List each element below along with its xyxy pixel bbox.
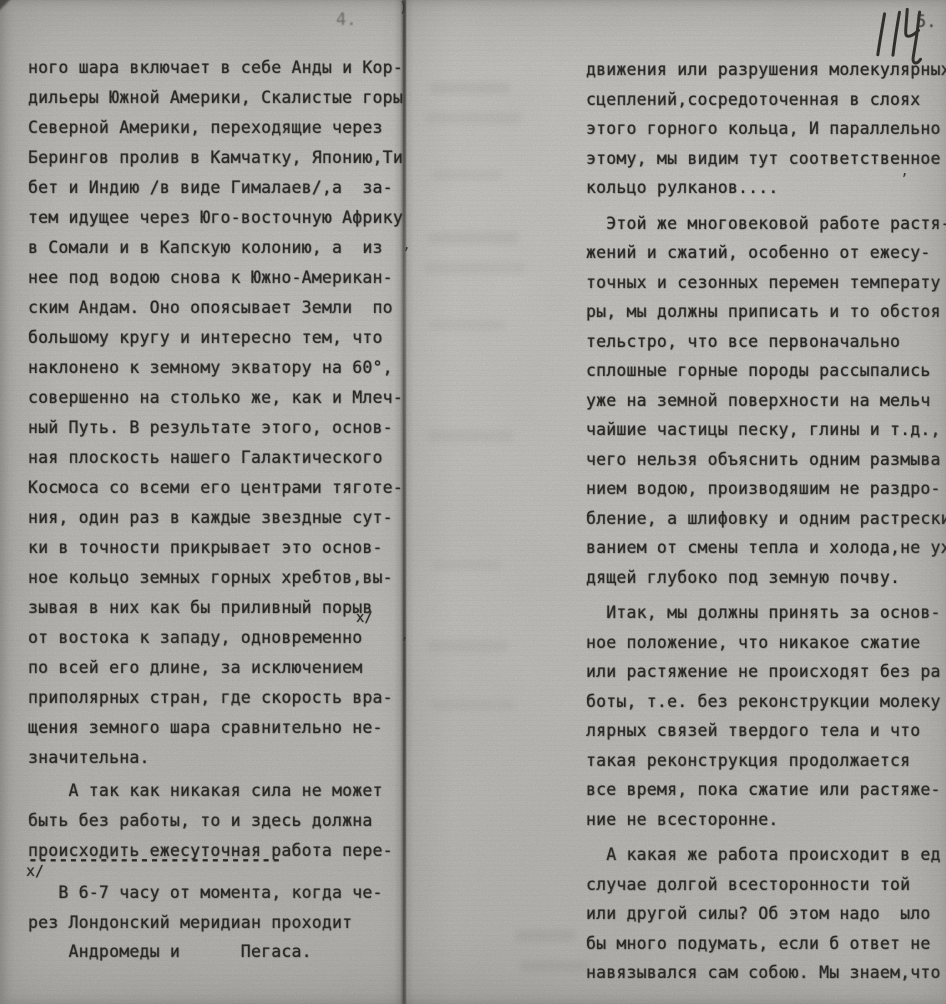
stray-mark: ’ [400, 636, 408, 652]
corner-artifact [0, 0, 16, 22]
typed-line: Андромеды и Пегаса. [28, 937, 400, 967]
typed-line: ное положение, что никакое сжатие [586, 628, 946, 658]
stray-mark: ’ [402, 246, 410, 262]
typed-line: В 6-7 часу от момента, когда че- [28, 878, 400, 908]
typed-line: большому кругу и интересно тем, что [28, 323, 400, 353]
typed-line: чайшие частицы песку, глины и т.д., [586, 415, 946, 445]
typed-line: бы много подумать, если б ответ не [586, 929, 946, 959]
stray-mark: ) [399, 0, 407, 16]
typed-line: нее под водою снова к Южно-Американ- [28, 263, 400, 293]
typed-line: жений и сжатий, особенно от ежесу- [586, 238, 946, 268]
typed-line: от востока к западу, одновременно [28, 623, 400, 653]
footnote-separator: ------------------------- [28, 850, 281, 869]
scanned-typewritten-document: ) ’ ’ ’ 4. ного шара включает в себе Анд… [0, 0, 946, 1004]
bleedthrough-smudge [425, 262, 525, 274]
typed-line: дильеры Южной Америки, Скалистые горы [28, 83, 400, 113]
bleedthrough-smudge [430, 320, 505, 330]
typed-line: зывая в них как бы приливный порыв [28, 593, 400, 623]
typed-line: чего нельзя объяснить одним размыва [586, 445, 946, 475]
typed-line: движения или разрушения молекулярных [586, 55, 946, 85]
typed-line: Итак, мы должны принять за основ- [586, 598, 946, 628]
typed-line: ного шара включает в себе Анды и Кор- [28, 53, 400, 83]
bleedthrough-smudge [515, 930, 575, 942]
bleedthrough-smudge [520, 960, 590, 972]
left-page-number: 4. [336, 10, 356, 30]
typed-line: боты, т.е. без реконструкции молеку [586, 687, 946, 717]
left-page-text-block: ного шара включает в себе Анды и Кор-дил… [28, 53, 400, 866]
typed-line: сцеплений,сосредоточенная в слоях [586, 85, 946, 115]
typed-line: точных и сезонных перемен температу [586, 268, 946, 298]
typed-line: ния, один раз в каждые звездные сут- [28, 503, 400, 533]
footnote-text-block: В 6-7 часу от момента, когда че-рез Лонд… [28, 878, 400, 967]
typed-line: Этой же многовековой работе растя- [586, 209, 946, 239]
typed-line: в Сомали и в Капскую колонию, а из [28, 233, 400, 263]
typed-line: все время, пока сжатие или растяже- [586, 775, 946, 805]
typed-line: значительна. [28, 743, 400, 773]
bleedthrough-smudge [428, 430, 513, 442]
typed-line: тем идущее через Юго-восточную Африку [28, 203, 400, 233]
typed-line: нием водою, производяшим не раздро- [586, 474, 946, 504]
bleedthrough-smudge [428, 232, 518, 244]
typed-line: этому, мы видим тут соответственное [586, 144, 946, 174]
bleedthrough-smudge [426, 112, 521, 124]
typed-line: лярных связей твердого тела и что [586, 716, 946, 746]
typed-line: приполярных стран, где скорость вра- [28, 683, 400, 713]
typed-line: по всей его длине, за исключением [28, 653, 400, 683]
page-fold-line [403, 0, 406, 1004]
typed-line: ние не всесторонне. [586, 805, 946, 835]
bleedthrough-smudge [430, 700, 515, 710]
typed-line: уже на земной поверхности на мельч [586, 386, 946, 416]
typed-line: ванием от смены тепла и холода,не ух [586, 533, 946, 563]
typed-line: щения земного шара сравнительно не- [28, 713, 400, 743]
footnote-reference-marker: х/ [356, 610, 373, 626]
typed-line: ским Андам. Оно опоясывает Земли по [28, 293, 400, 323]
typed-line: А так как никакая сила не может [28, 776, 400, 806]
typed-line: ный Путь. В результате этого, основ- [28, 413, 400, 443]
typed-line: рез Лондонский меридиан проходит [28, 908, 400, 938]
typed-line: этого горного кольца, И параллельно [586, 114, 946, 144]
typed-line: ки в точности прикрывает это основ- [28, 533, 400, 563]
typed-line: Берингов пролив в Камчатку, Японию,Ти [28, 143, 400, 173]
typed-line: кольцо рулканов.... [586, 173, 946, 203]
bleedthrough-smudge [432, 560, 502, 570]
typed-line: ное кольцо земных горных хребтов,вы- [28, 563, 400, 593]
typed-line: быть без работы, то и здесь должна [28, 806, 400, 836]
typed-line: сплошные горные породы рассыпались [586, 356, 946, 386]
typed-line: бление, а шлифовку и одним растрески- [586, 504, 946, 534]
bleedthrough-smudge [432, 170, 502, 180]
bleedthrough-smudge [428, 640, 508, 652]
typed-line: Северной Америки, переходящие через [28, 113, 400, 143]
typed-line: бет и Индию /в виде Гималаев/,а за- [28, 173, 400, 203]
typed-line: или другой силы? Об этом надо ыло [586, 899, 946, 929]
typed-line: дящей глубоко под земную почву. [586, 563, 946, 593]
typed-line: тельстро, что все первоначально [586, 327, 946, 357]
bleedthrough-smudge [430, 82, 510, 94]
typed-line: ры, мы должны приписать и то обстоя [586, 297, 946, 327]
right-page-number: 5. [916, 12, 936, 32]
typed-line: совершенно на столько же, как и Млеч- [28, 383, 400, 413]
typed-line: случае долгой всесторонности той [586, 870, 946, 900]
typed-line: А какая же работа происходит в ед [586, 840, 946, 870]
typed-line: Космоса со всеми его центрами тяготе- [28, 473, 400, 503]
typed-line: наклонено к земному экватору на 60°, [28, 353, 400, 383]
typed-line: ная плоскость нашего Галактического [28, 443, 400, 473]
right-page-text-block: движения или разрушения молекулярныхсцеп… [586, 55, 946, 988]
typed-line: навязывался сам собою. Мы знаем,что [586, 958, 946, 988]
typed-line: такая реконструкция продолжается [586, 746, 946, 776]
typed-line: или растяжение не происходят без ра [586, 657, 946, 687]
